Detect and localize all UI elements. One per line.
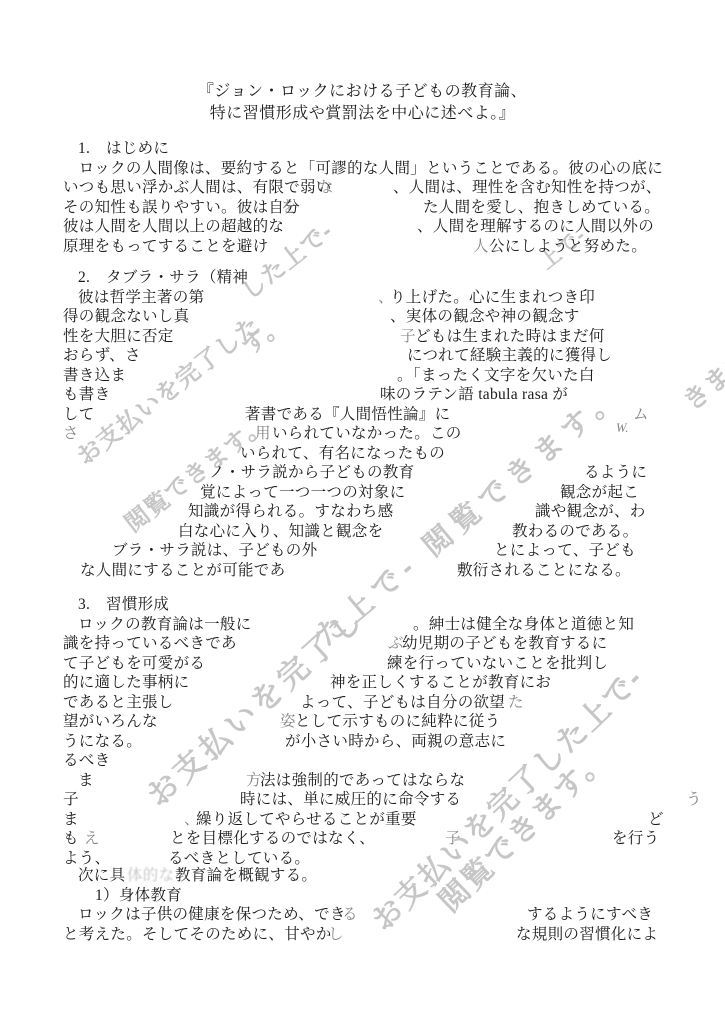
text-line: 2. タブラ・サラ（精神 <box>0 265 725 284</box>
text-line: 子時には、単に威圧的に命令するう <box>0 787 725 806</box>
text-line: 性を大胆に否定子どもは生まれた時はまだ何 <box>0 324 725 343</box>
text-fragment: 公にしようと努めた。 <box>489 234 647 256</box>
text-line: して著書である『人間悟性論』にム <box>0 402 725 421</box>
text-fragment: な人間にすることが可能であ <box>80 558 285 580</box>
text-line: ブラ・サラ説は、子どもの外とによって、子ども <box>0 538 725 557</box>
text-fragment: な規則の習慣化によ <box>516 922 658 944</box>
text-line: 白な心に入り、知識と観念を教わるのである。 <box>0 519 725 538</box>
text-line: 書き込ま。「まったく文字を欠いた白 <box>0 363 725 382</box>
text-line: て子どもを可愛がる練を行っていないことを批判し <box>0 651 725 670</box>
text-line: も書き味のラテン語 tabula rasa が <box>0 382 725 401</box>
text-line: 彼は哲学主著の第、り上げた。心に生まれつき印 <box>0 285 725 304</box>
text-line: 1）身体教育 <box>0 883 725 902</box>
page-title-line-2: 特に習慣形成や賞罰法を中心に述べよ。』 <box>0 100 725 123</box>
text-line: 的に適した事柄に神を正しくすることが教育にお <box>0 670 725 689</box>
text-line: ロックの教育論は一般に。紳士は健全な身体と道徳と知 <box>0 612 725 631</box>
text-line: いつも思い浮かぶ人間は、有限で弱いな、人間は、理性を含む知性を持つが、 <box>0 175 725 194</box>
text-line: 3. 習慣形成 <box>0 592 725 611</box>
text-line: 識を持っているべきであぶ幼児期の子どもを教育するに <box>0 631 725 650</box>
text-line: と考えた。そしてそのために、甘やかしな規則の習慣化によ <box>0 922 725 941</box>
text-line: ま方法は強制的であってはならな <box>0 768 725 787</box>
text-line: 得の観念ないし真、実体の観念や神の観念す <box>0 304 725 323</box>
text-line: ま、繰り返してやらせることが重要ど <box>0 807 725 826</box>
text-line: な人間にすることが可能であ敷衍されることになる。 <box>0 558 725 577</box>
text-line: その知性も誤りやすい。彼は自分をた人間を愛し、抱きしめている。 <box>0 195 725 214</box>
text-fragment: W. <box>616 421 628 436</box>
text-line: もえとを目標化するのではなく、子を行う <box>0 826 725 845</box>
text-fragment: 人 <box>473 234 489 256</box>
text-line: おらず、さにつれて経験主義的に獲得し <box>0 343 725 362</box>
text-line: であると主張しよって、子どもは自分の欲望た <box>0 690 725 709</box>
text-line: 原理をもってすることを避け人公にしようと努めた。 <box>0 234 725 253</box>
text-line: 1. はじめに <box>0 136 725 155</box>
text-line: うになる。が小さい時から、両親の意志に <box>0 729 725 748</box>
text-line: 望がいろんな姿として示すものに純粋に従う <box>0 709 725 728</box>
page-title-line-1: 『ジョン・ロックにおける子どもの教育論、 <box>0 78 725 101</box>
text-fragment: と考えた。そしてそのために、甘やか <box>63 922 332 944</box>
text-fragment: 原理をもってすることを避け <box>63 234 268 256</box>
text-line: 次に具体的な教育論を概観する。 <box>0 863 725 882</box>
text-fragment: 敷衍されることになる。 <box>457 558 631 580</box>
text-line: 覚によって一つ一つの対象に観念が起こ <box>0 480 725 499</box>
text-line: よう、るべきとしている。 <box>0 846 725 865</box>
text-line: 彼は人間を人間以上の超越的な、人間を理解するのに人間以外の <box>0 214 725 233</box>
text-line: ロックの人間像は、要約すると「可謬的な人間」ということである。彼の心の底に <box>0 156 725 175</box>
document-page: お支払いを完了した閲覧できます。した上で-す。上で-た上で- 閲覧できます。お支… <box>0 0 725 1024</box>
text-line: さ用いられていなかった。このW. <box>0 421 725 440</box>
text-line: 知識が得られる。すなわち感識や観念が、わ <box>0 499 725 518</box>
text-fragment: し <box>328 922 344 944</box>
text-line: いられて、有名になったもの <box>0 441 725 460</box>
text-line: ノ・サラ説から子どもの教育るように <box>0 460 725 479</box>
text-line: るべき <box>0 748 725 767</box>
document-text-layer: 『ジョン・ロックにおける子どもの教育論、 特に習慣形成や賞罰法を中心に述べよ。』… <box>0 0 725 1024</box>
text-line: ロックは子供の健康を保つため、できるするようにすべき <box>0 902 725 921</box>
